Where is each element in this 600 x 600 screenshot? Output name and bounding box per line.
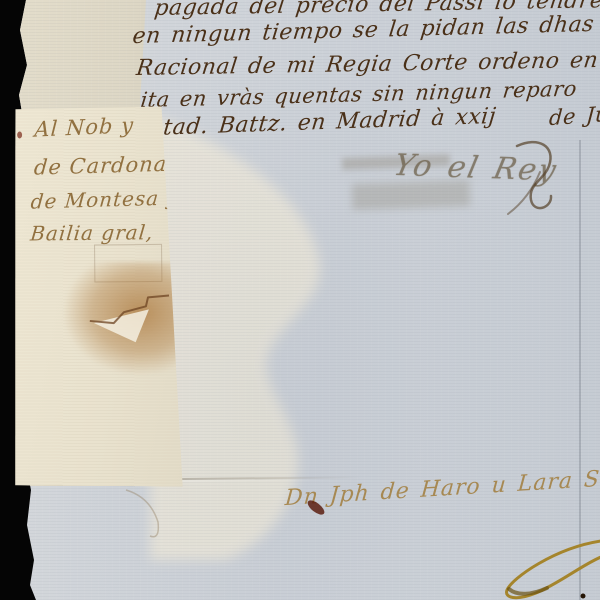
label-line-4: Bailia gral, [29,220,154,245]
vertical-crease [579,140,581,600]
label-line-1: Al Nob y [34,113,135,142]
wax-speck [17,131,22,138]
address-label: Al Nob y de Cardona de Montesa y Bailia … [13,105,186,486]
photo-stage: pagada del precio del Passi lo tendreu e… [0,0,600,600]
label-line-3: de Montesa y [30,185,180,213]
royal-signature: Yo el Rey [391,148,561,188]
date-fragment: de Ju [548,102,600,130]
label-line-2: de Cardona [33,152,168,180]
